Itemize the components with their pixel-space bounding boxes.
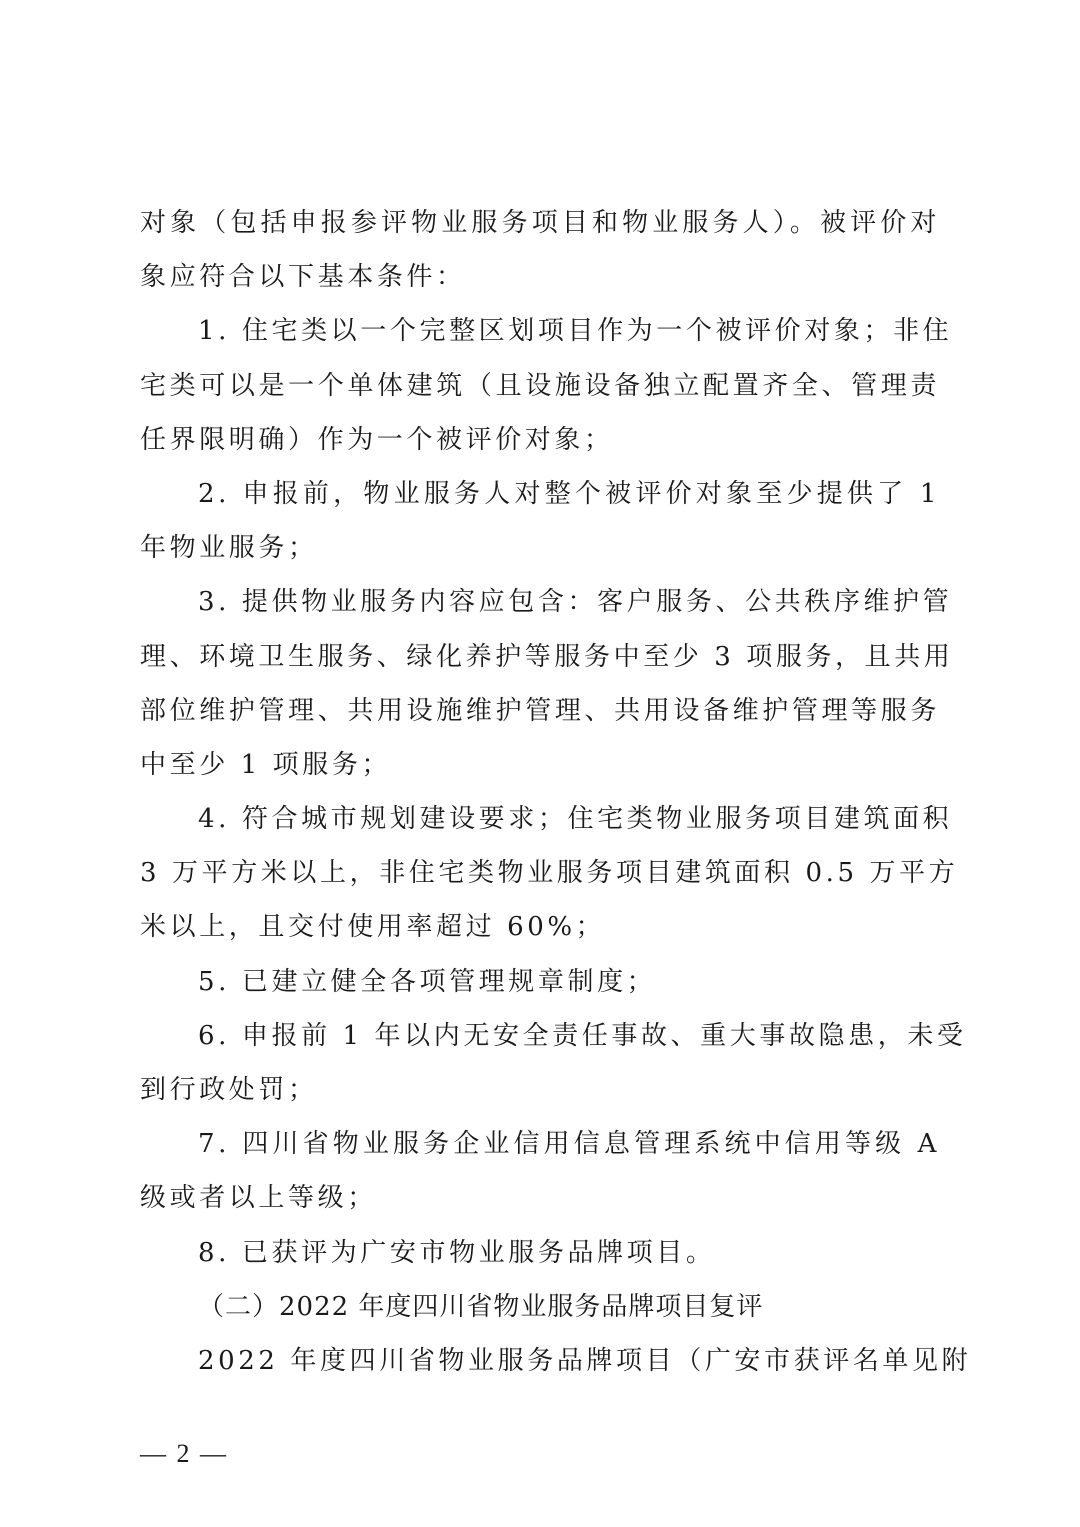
paragraph-line: 部位维护管理、共用设施维护管理、共用设备维护管理等服务 [140,684,940,738]
paragraph-line: 对象（包括申报参评物业服务项目和物业服务人）。被评价对 [140,196,940,250]
list-item-4: 4. 符合城市规划建设要求；住宅类物业服务项目建筑面积 [140,792,940,846]
document-page: 对象（包括申报参评物业服务项目和物业服务人）。被评价对 象应符合以下基本条件： … [0,0,1080,1527]
list-item-3: 3. 提供物业服务内容应包含：客户服务、公共秩序维护管 [140,575,940,629]
paragraph-line: 宅类可以是一个单体建筑（且设施设备独立配置齐全、管理责 [140,359,940,413]
paragraph-line: 级或者以上等级； [140,1171,940,1225]
paragraph-line: 任界限明确）作为一个被评价对象； [140,413,940,467]
list-item-2: 2. 申报前，物业服务人对整个被评价对象至少提供了 1 [140,467,940,521]
section-heading: （二）2022 年度四川省物业服务品牌项目复评 [140,1280,940,1334]
list-item-1: 1. 住宅类以一个完整区划项目作为一个被评价对象；非住 [140,304,940,358]
paragraph-line: 年物业服务； [140,521,940,575]
page-number: — 2 — [140,1438,228,1470]
list-item-6: 6. 申报前 1 年以内无安全责任事故、重大事故隐患，未受 [140,1009,940,1063]
document-body: 对象（包括申报参评物业服务项目和物业服务人）。被评价对 象应符合以下基本条件： … [140,196,940,1388]
list-item-5: 5. 已建立健全各项管理规章制度； [140,955,940,1009]
list-item-8: 8. 已获评为广安市物业服务品牌项目。 [140,1226,940,1280]
paragraph-line: 理、环境卫生服务、绿化养护等服务中至少 3 项服务，且共用 [140,630,940,684]
list-item-7: 7. 四川省物业服务企业信用信息管理系统中信用等级 A [140,1117,940,1171]
paragraph-line: 2022 年度四川省物业服务品牌项目（广安市获评名单见附 [140,1334,940,1388]
paragraph-line: 米以上，且交付使用率超过 60%； [140,900,940,954]
paragraph-line: 中至少 1 项服务； [140,738,940,792]
paragraph-line: 3 万平方米以上，非住宅类物业服务项目建筑面积 0.5 万平方 [140,846,940,900]
paragraph-line: 到行政处罚； [140,1063,940,1117]
paragraph-line: 象应符合以下基本条件： [140,250,940,304]
